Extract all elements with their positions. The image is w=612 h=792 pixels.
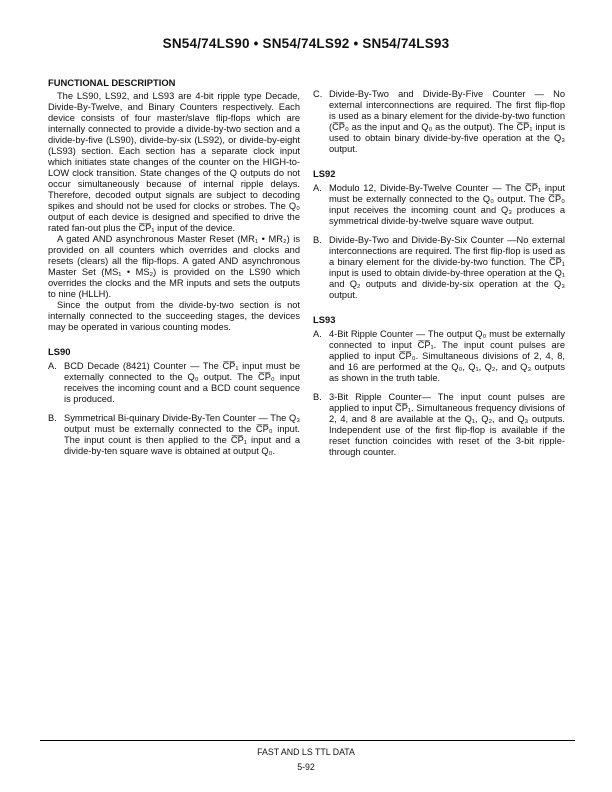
- ls92-heading: LS92: [313, 168, 565, 179]
- item-label: A.: [313, 329, 329, 384]
- item-text: Divide-By-Two and Divide-By-Five Counter…: [329, 89, 565, 155]
- item-text: Modulo 12, Divide-By-Twelve Counter — Th…: [329, 183, 565, 227]
- page-title: SN54/74LS90 • SN54/74LS92 • SN54/74LS93: [0, 36, 612, 51]
- ls92-item-b: B. Divide-By-Two and Divide-By-Six Count…: [313, 235, 565, 301]
- item-label: B.: [48, 413, 64, 457]
- functional-description-paragraph-1: The LS90, LS92, and LS93 are 4-bit rippl…: [48, 91, 300, 234]
- item-label: A.: [313, 183, 329, 227]
- ls90-item-b: B. Symmetrical Bi-quinary Divide-By-Ten …: [48, 413, 300, 457]
- functional-description-paragraph-3: Since the output from the divide-by-two …: [48, 300, 300, 333]
- footer-page-number: 5-92: [0, 762, 612, 772]
- item-label: B.: [313, 392, 329, 458]
- ls90-heading: LS90: [48, 346, 300, 357]
- footer-divider: [40, 740, 575, 741]
- ls93-item-a: A. 4-Bit Ripple Counter — The output Q₀ …: [313, 329, 565, 384]
- left-column: FUNCTIONAL DESCRIPTION The LS90, LS92, a…: [48, 77, 300, 466]
- item-text: Divide-By-Two and Divide-By-Six Counter …: [329, 235, 565, 301]
- right-column: C. Divide-By-Two and Divide-By-Five Coun…: [313, 77, 565, 466]
- ls92-item-a: A. Modulo 12, Divide-By-Twelve Counter —…: [313, 183, 565, 227]
- two-column-body: FUNCTIONAL DESCRIPTION The LS90, LS92, a…: [48, 77, 565, 466]
- ls90-item-a: A. BCD Decade (8421) Counter — The C̅P̅₁…: [48, 361, 300, 405]
- footer-doc-title: FAST AND LS TTL DATA: [0, 747, 612, 757]
- item-text: Symmetrical Bi-quinary Divide-By-Ten Cou…: [64, 413, 300, 457]
- functional-description-paragraph-2: A gated AND asynchronous Master Reset (M…: [48, 234, 300, 300]
- ls90-item-c: C. Divide-By-Two and Divide-By-Five Coun…: [313, 89, 565, 155]
- functional-description-heading: FUNCTIONAL DESCRIPTION: [48, 77, 300, 88]
- item-label: A.: [48, 361, 64, 405]
- ls93-item-b: B. 3-Bit Ripple Counter— The input count…: [313, 392, 565, 458]
- item-text: BCD Decade (8421) Counter — The C̅P̅₁ in…: [64, 361, 300, 405]
- item-label: B.: [313, 235, 329, 301]
- item-text: 4-Bit Ripple Counter — The output Q₀ mus…: [329, 329, 565, 384]
- ls93-heading: LS93: [313, 314, 565, 325]
- item-text: 3-Bit Ripple Counter— The input count pu…: [329, 392, 565, 458]
- item-label: C.: [313, 89, 329, 155]
- datasheet-page: SN54/74LS90 • SN54/74LS92 • SN54/74LS93 …: [0, 0, 612, 792]
